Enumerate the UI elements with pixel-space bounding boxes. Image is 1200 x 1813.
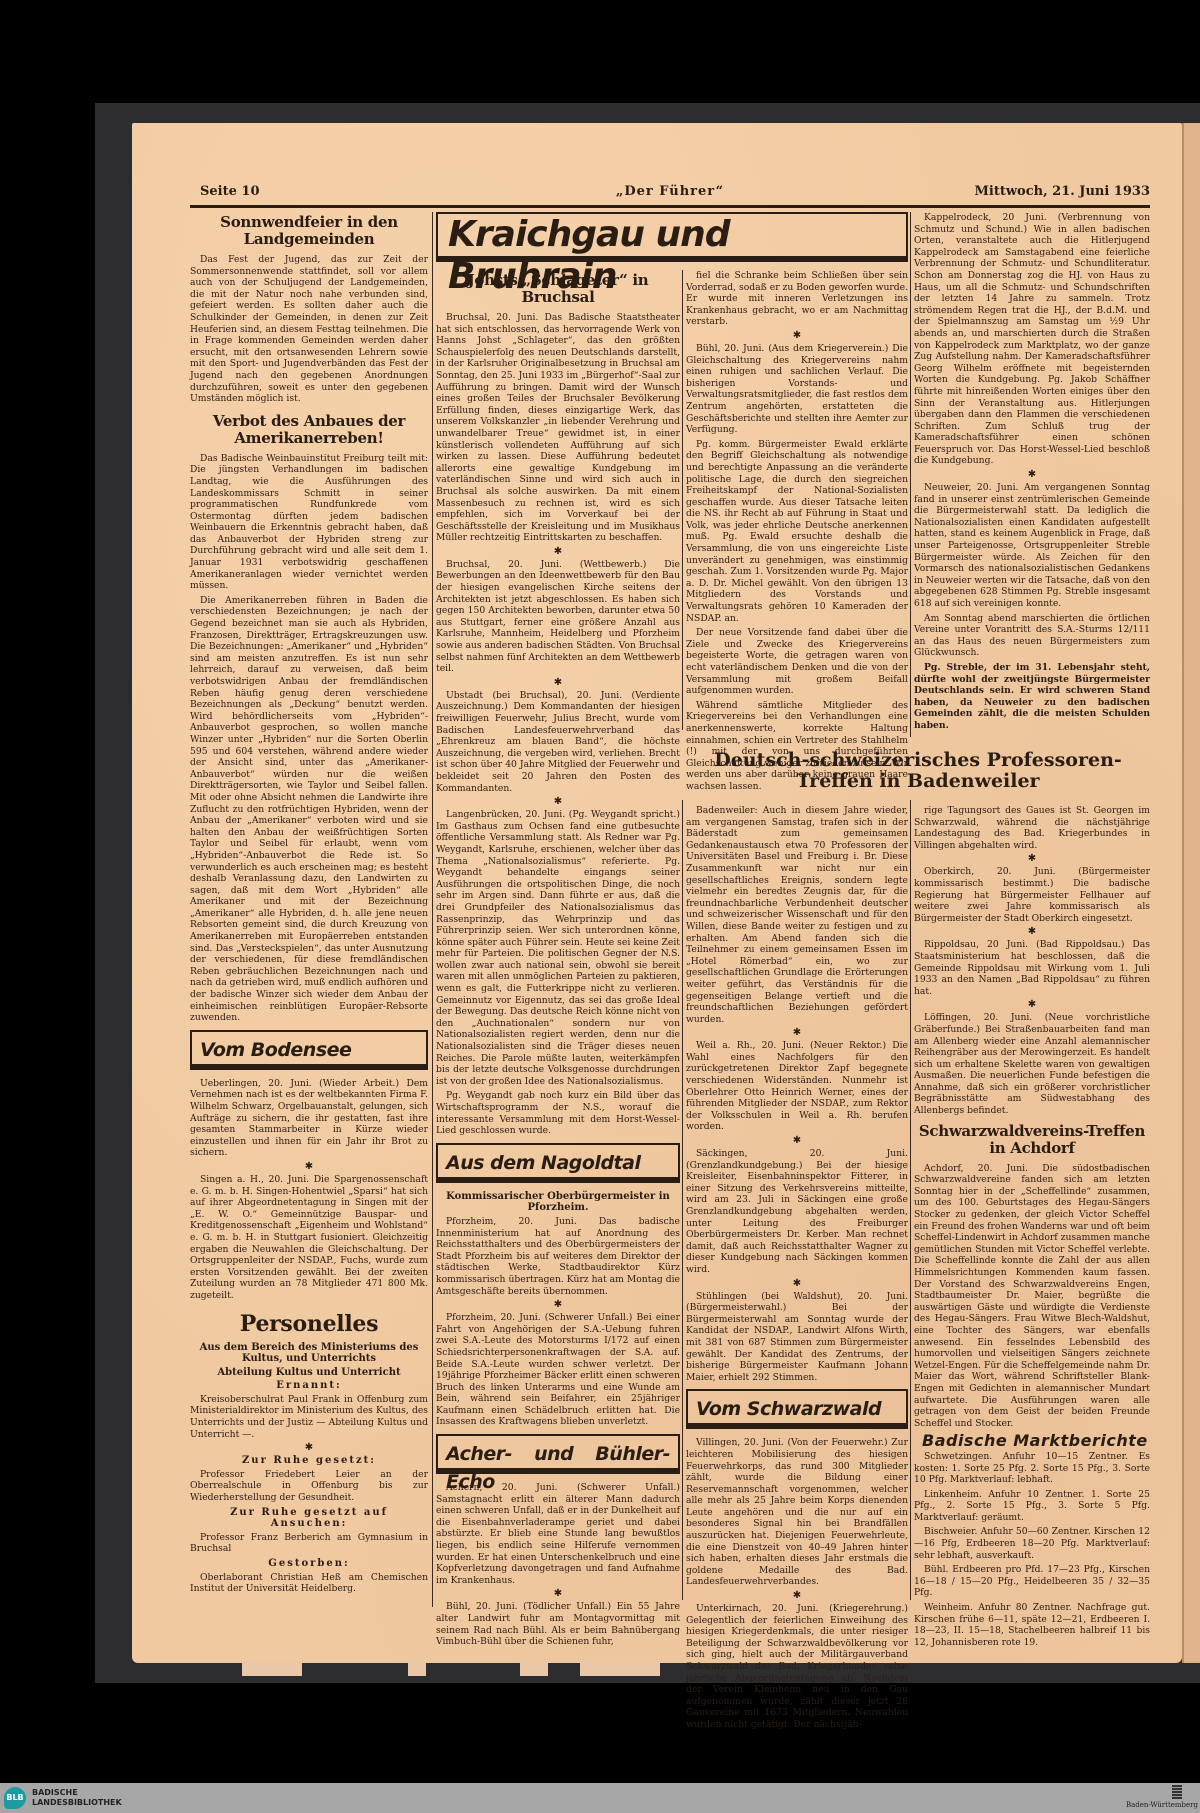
article-text: Rippoldsau, 20 Juni. (Bad Rippoldsau.) D… bbox=[914, 939, 1150, 997]
separator-star: ✱ bbox=[436, 797, 680, 807]
article-text: Stühlingen (bei Waldshut), 20. Juni. (Bü… bbox=[686, 1291, 908, 1384]
article-text: Pforzheim, 20. Juni. (Schwerer Unfall.) … bbox=[436, 1312, 680, 1428]
article-title: Verbot des Anbaues der Amerikanerreben! bbox=[190, 413, 428, 447]
blb-logo-icon: BLB bbox=[4, 1787, 26, 1809]
article-text: Neuweier, 20. Juni. Am vergangenen Sonnt… bbox=[914, 482, 1150, 610]
separator-star: ✱ bbox=[686, 1591, 908, 1601]
section-header-marktberichte: Badische Marktberichte bbox=[922, 1435, 1150, 1447]
state-name: Baden-Württemberg bbox=[1126, 1801, 1198, 1809]
column-rule bbox=[910, 800, 911, 1600]
tape-scrap bbox=[580, 1662, 660, 1676]
column-1: Sonnwendfeier in den Landgemeinden Das F… bbox=[190, 212, 428, 1598]
library-name: BADISCHE LANDESBIBLIOTHEK bbox=[32, 1788, 122, 1808]
subheading: Gestorben: bbox=[190, 1558, 428, 1570]
market-entry: Schwetzingen. Anfuhr 10—15 Zentner. Es k… bbox=[914, 1451, 1150, 1486]
separator-star: ✱ bbox=[914, 470, 1150, 480]
article-text: Kappelrodeck, 20 Juni. (Verbrennung von … bbox=[914, 212, 1150, 467]
section-header-schwarzwald: Vom Schwarzwald bbox=[686, 1389, 908, 1429]
section-header-acher-buehler: Acher- und Bühler-Echo bbox=[436, 1434, 680, 1474]
column-4-upper: Kappelrodeck, 20 Juni. (Verbrennung von … bbox=[914, 212, 1150, 735]
section-header-bodensee: Vom Bodensee bbox=[190, 1030, 428, 1070]
next-page-edge bbox=[1182, 123, 1200, 1663]
article-title: Schwarzwaldvereins-Treffen in Achdorf bbox=[914, 1123, 1150, 1157]
separator-star: ✱ bbox=[436, 678, 680, 688]
article-text: Ubstadt (bei Bruchsal), 20. Juni. (Verdi… bbox=[436, 690, 680, 794]
separator-star: ✱ bbox=[436, 1300, 680, 1310]
column-rule bbox=[682, 270, 683, 730]
viewer-footer: BLB BADISCHE LANDESBIBLIOTHEK Baden-Würt… bbox=[0, 1783, 1200, 1813]
article-text: Pforzheim, 20. Juni. Das badische Innenm… bbox=[436, 1216, 680, 1297]
subheading: Zur Ruhe gesetzt auf Ansuchen: bbox=[190, 1507, 428, 1530]
article-text: Bühl, 20. Juni. (Aus dem Kriegerverein.)… bbox=[686, 343, 908, 436]
tape-scrap bbox=[520, 1662, 548, 1676]
head-rule bbox=[190, 205, 1150, 208]
tape-scrap bbox=[242, 1662, 302, 1676]
market-entry: Bühl. Erdbeeren pro Pfd. 17—23 Pfg., Kir… bbox=[914, 1564, 1150, 1599]
column-rule bbox=[682, 800, 683, 1600]
article-text: Pg. komm. Bürgermeister Ewald erklärte d… bbox=[686, 439, 908, 625]
column-2: Johsts „Schlageter“ in Bruchsal Bruchsal… bbox=[436, 270, 680, 1651]
article-text: fiel die Schranke beim Schließen über se… bbox=[686, 270, 908, 328]
subheading: Zur Ruhe gesetzt: bbox=[190, 1455, 428, 1467]
article-text: Oberlaborant Christian Heß am Chemischen… bbox=[190, 1572, 428, 1595]
tape-scrap bbox=[408, 1662, 426, 1676]
section-header-nagoldtal: Aus dem Nagoldtal bbox=[436, 1143, 680, 1183]
issue-date: Mittwoch, 21. Juni 1933 bbox=[975, 184, 1150, 199]
article-text: Achern, 20. Juni. (Schwerer Unfall.) Sam… bbox=[436, 1482, 680, 1586]
article-text: Villingen, 20. Juni. (Von der Feuerwehr.… bbox=[686, 1437, 908, 1588]
article-text: Ueberlingen, 20. Juni. (Wieder Arbeit.) … bbox=[190, 1078, 428, 1159]
article-text: Weil a. Rh., 20. Juni. (Neuer Rektor.) D… bbox=[686, 1040, 908, 1133]
market-entry: Linkenheim. Anfuhr 10 Zentner. 1. Sorte … bbox=[914, 1489, 1150, 1524]
article-text: Bühl, 20. Juni. (Tödlicher Unfall.) Ein … bbox=[436, 1601, 680, 1647]
running-head: Seite 10 „Der Führer“ Mittwoch, 21. Juni… bbox=[190, 180, 1150, 204]
article-text: Das Badische Weinbauinstitut Freiburg te… bbox=[190, 453, 428, 592]
article-text: Singen a. H., 20. Juni. Die Spargenossen… bbox=[190, 1174, 428, 1302]
article-text: Die Amerikanerreben führen in Baden die … bbox=[190, 595, 428, 1024]
article-text: Bruchsal, 20. Juni. Das Badische Staatst… bbox=[436, 312, 680, 544]
separator-star: ✱ bbox=[914, 854, 1150, 864]
article-text: Pg. Weygandt gab noch kurz ein Bild über… bbox=[436, 1090, 680, 1136]
column-rule bbox=[432, 212, 433, 1607]
article-text: Professor Friedebert Leier an der Oberre… bbox=[190, 1469, 428, 1504]
article-text: Achdorf, 20. Juni. Die südostbadischen S… bbox=[914, 1163, 1150, 1430]
separator-star: ✱ bbox=[436, 1589, 680, 1599]
subheading: Abteilung Kultus und Unterricht bbox=[190, 1367, 428, 1379]
column-3-lower: Badenweiler: Auch in diesem Jahre wieder… bbox=[686, 805, 908, 1734]
article-text: Löffingen, 20. Juni. (Neue vorchristlich… bbox=[914, 1012, 1150, 1116]
separator-star: ✱ bbox=[686, 331, 908, 341]
article-text: Langenbrücken, 20. Juni. (Pg. Weygandt s… bbox=[436, 809, 680, 1087]
article-text: Kreisoberschulrat Paul Frank in Offenbur… bbox=[190, 1394, 428, 1440]
subheading: Ernannt: bbox=[190, 1380, 428, 1392]
article-text: Säckingen, 20. Juni. (Grenzlandkundgebun… bbox=[686, 1148, 908, 1276]
article-title-professoren-treffen: Deutsch-schweizerisches Professoren-Tref… bbox=[686, 750, 1150, 792]
separator-star: ✱ bbox=[686, 1028, 908, 1038]
separator-star: ✱ bbox=[190, 1162, 428, 1172]
article-text: Am Sonntag abend marschierten die örtlic… bbox=[914, 613, 1150, 659]
subheading: Aus dem Bereich des Ministeriums des Kul… bbox=[190, 1342, 428, 1365]
section-title-personelles: Personelles bbox=[190, 1312, 428, 1336]
separator-star: ✱ bbox=[686, 1136, 908, 1146]
separator-star: ✱ bbox=[686, 1279, 908, 1289]
article-text: Professor Franz Berberich am Gymnasium i… bbox=[190, 1532, 428, 1555]
article-text: Unterkirnach, 20. Juni. (Kriegerehrung.)… bbox=[686, 1603, 908, 1731]
article-text: Badenweiler: Auch in diesem Jahre wieder… bbox=[686, 805, 908, 1025]
coat-of-arms-icon bbox=[1172, 1785, 1182, 1799]
column-3-upper: fiel die Schranke beim Schließen über se… bbox=[686, 270, 908, 796]
separator-star: ✱ bbox=[914, 1000, 1150, 1010]
article-text: Der neue Vorsitzende fand dabei über die… bbox=[686, 627, 908, 697]
article-text: Oberkirch, 20. Juni. (Bürgermeister komm… bbox=[914, 866, 1150, 924]
article-text: Pg. Streble, der im 31. Lebensjahr steht… bbox=[914, 662, 1150, 732]
separator-star: ✱ bbox=[436, 547, 680, 557]
column-4-lower: rige Tagungsort des Gaues ist St. George… bbox=[914, 805, 1150, 1651]
column-rule bbox=[910, 212, 911, 737]
article-text: rige Tagungsort des Gaues ist St. George… bbox=[914, 805, 1150, 851]
article-title: Kommissarischer Oberbürgermeister in Pfo… bbox=[436, 1191, 680, 1214]
market-entry: Weinheim. Anfuhr 80 Zentner. Nachfrage g… bbox=[914, 1602, 1150, 1648]
article-text: Bruchsal, 20. Juni. (Wettbewerb.) Die Be… bbox=[436, 559, 680, 675]
article-title: Sonnwendfeier in den Landgemeinden bbox=[190, 214, 428, 248]
market-entry: Bischweier. Anfuhr 50—60 Zentner. Kirsch… bbox=[914, 1526, 1150, 1561]
article-title: Johsts „Schlageter“ in Bruchsal bbox=[436, 272, 680, 306]
separator-star: ✱ bbox=[914, 927, 1150, 937]
separator-star: ✱ bbox=[190, 1443, 428, 1453]
section-banner-kraichgau: Kraichgau und Bruhrain bbox=[436, 212, 908, 262]
article-text: Das Fest der Jugend, das zur Zeit der So… bbox=[190, 254, 428, 405]
